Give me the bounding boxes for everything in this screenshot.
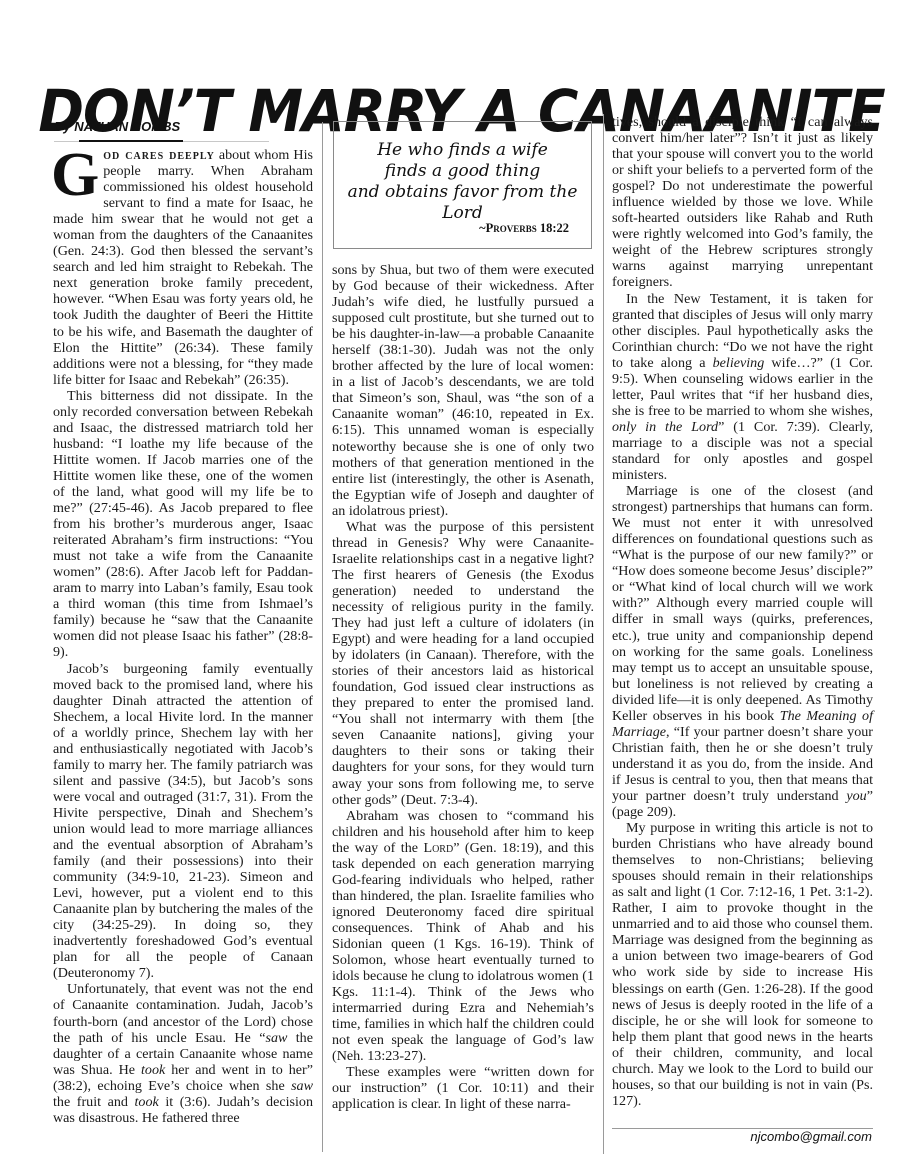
- article-column-3: tives, should a disciple think “I can al…: [612, 114, 873, 1109]
- emphasis: you: [846, 788, 866, 804]
- emphasis: saw: [291, 1078, 313, 1094]
- pull-quote-reference: ~Proverbs 18:22: [479, 221, 569, 236]
- pull-quote-box: He who finds a wife finds a good thing a…: [333, 121, 592, 249]
- paragraph-text: ” (Gen. 18:19), and this task depended o…: [332, 840, 594, 1065]
- emphasis: took: [135, 1094, 159, 1110]
- paragraph-text: the fruit and: [53, 1094, 135, 1110]
- small-caps-lord: Lord: [423, 840, 453, 856]
- paragraph: In the New Testament, it is taken for gr…: [612, 291, 873, 484]
- column-divider-2: [603, 114, 604, 1154]
- paragraph: What was the purpose of this persistent …: [332, 519, 594, 808]
- paragraph: This bitterness did not dissipate. In th…: [53, 388, 313, 661]
- paragraph: sons by Shua, but two of them were execu…: [332, 262, 594, 519]
- author-email: njcombo@gmail.com: [750, 1129, 872, 1144]
- article-column-2: sons by Shua, but two of them were execu…: [332, 262, 594, 1112]
- pull-quote-line: finds a good thing: [334, 161, 591, 182]
- paragraph-text: Marriage is one of the closest (and stro…: [612, 483, 873, 724]
- lead-in: od cares deeply: [103, 147, 215, 163]
- paragraph: God cares deeply about whom His people m…: [53, 147, 313, 388]
- paragraph: Abraham was chosen to “command his child…: [332, 808, 594, 1065]
- paragraph: tives, should a disciple think “I can al…: [612, 114, 873, 291]
- pull-quote-text: He who finds a wife finds a good thing a…: [334, 140, 591, 224]
- paragraph: Unfortunately, that event was not the en…: [53, 981, 313, 1125]
- paragraph: These examples were “written down for ou…: [332, 1064, 594, 1112]
- paragraph: Marriage is one of the closest (and stro…: [612, 483, 873, 820]
- pull-quote-line: He who finds a wife: [334, 140, 591, 161]
- emphasis: saw: [265, 1030, 287, 1046]
- drop-cap: G: [51, 152, 99, 198]
- paragraph: My purpose in writing this article is no…: [612, 820, 873, 1109]
- emphasis: believing: [713, 355, 765, 371]
- pull-quote-line: and obtains favor from the Lord: [334, 182, 591, 224]
- emphasis: only in the Lord: [612, 419, 718, 435]
- article-column-1: God cares deeply about whom His people m…: [53, 147, 313, 1126]
- column-divider-1: [322, 122, 323, 1152]
- paragraph: Jacob’s burgeoning family eventually mov…: [53, 661, 313, 982]
- emphasis: took: [141, 1062, 165, 1078]
- byline: By NATHAN COMBS: [54, 119, 180, 134]
